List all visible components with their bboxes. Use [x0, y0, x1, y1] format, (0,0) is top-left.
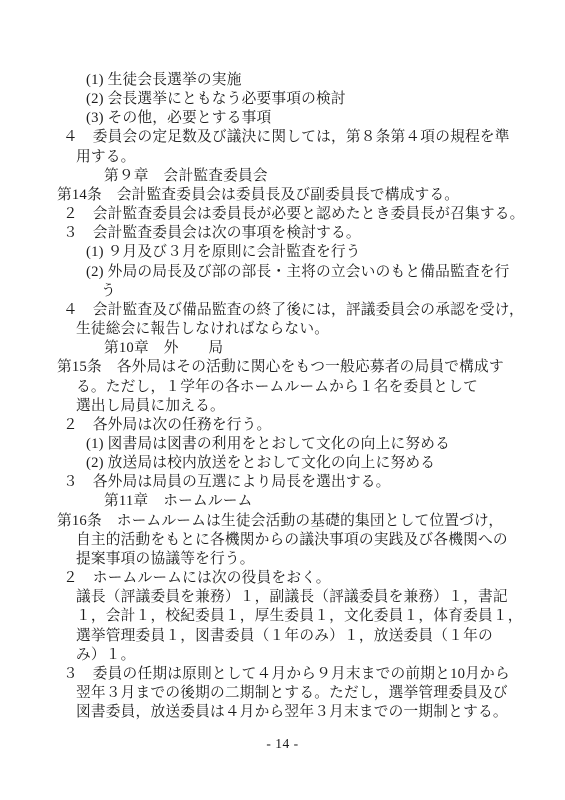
document-line: 第14条 会計監査委員会は委員長及び副委員長で構成する。	[55, 186, 535, 205]
document-line: 選挙管理委員１，図書委員（１年のみ）１，放送委員（１年の	[55, 627, 535, 646]
document-line: 第９章 会計監査委員会	[55, 167, 535, 186]
document-lines: (1) 生徒会長選挙の実施(2) 会長選挙にともなう必要事項の検討(3) その他…	[55, 71, 535, 722]
document-line: 自主的活動をもとに各機関からの議決事項の実践及び各機関への	[55, 531, 535, 550]
document-line: 議長（評議委員を兼務）１，副議長（評議委員を兼務）１，書記	[55, 588, 535, 607]
document-line: (2) 会長選挙にともなう必要事項の検討	[55, 90, 535, 109]
document-line: (2) 放送局は校内放送をとおして文化の向上に努める	[55, 454, 535, 473]
document-line: 用する。	[55, 148, 535, 167]
page-number: - 14 -	[0, 736, 565, 752]
document-line: ４ 会計監査及び備品監査の終了後には，評議委員会の承認を受け，	[55, 301, 535, 320]
document-line: み）１。	[55, 646, 535, 665]
document-line: (1) 生徒会長選挙の実施	[55, 71, 535, 90]
document-line: ３ 委員の任期は原則として４月から９月末までの前期と10月から	[55, 665, 535, 684]
document-line: る。ただし，１学年の各ホームルームから１名を委員として	[55, 378, 535, 397]
document-line: 第15条 各外局はその活動に関心をもつ一般応募者の局員で構成す	[55, 358, 535, 377]
document-line: １，会計１，校紀委員１，厚生委員１，文化委員１，体育委員１，	[55, 607, 535, 626]
document-line: 提案事項の協議等を行う。	[55, 550, 535, 569]
document-line: (1) ９月及び３月を原則に会計監査を行う	[55, 243, 535, 262]
document-line: ３ 会計監査委員会は次の事項を検討する。	[55, 224, 535, 243]
document-line: 生徒総会に報告しなければならない。	[55, 320, 535, 339]
document-page: (1) 生徒会長選挙の実施(2) 会長選挙にともなう必要事項の検討(3) その他…	[0, 0, 565, 800]
document-line: ２ ホームルームには次の役員をおく。	[55, 569, 535, 588]
document-line: (1) 図書局は図書の利用をとおして文化の向上に努める	[55, 435, 535, 454]
document-line: 第11章 ホームルーム	[55, 492, 535, 511]
document-line: う	[55, 282, 535, 301]
document-line: 選出し局員に加える。	[55, 397, 535, 416]
document-line: (3) その他，必要とする事項	[55, 109, 535, 128]
document-line: 翌年３月までの後期の二期制とする。ただし，選挙管理委員及び	[55, 684, 535, 703]
document-line: ２ 各外局は次の任務を行う。	[55, 416, 535, 435]
document-line: 第10章 外 局	[55, 339, 535, 358]
document-line: 図書委員，放送委員は４月から翌年３月末までの一期制とする。	[55, 703, 535, 722]
document-line: ２ 会計監査委員会は委員長が必要と認めたとき委員長が召集する。	[55, 205, 535, 224]
document-line: ４ 委員会の定足数及び議決に関しては，第８条第４項の規程を準	[55, 128, 535, 147]
document-line: (2) 外局の局長及び部の部長・主将の立会いのもと備品監査を行	[55, 263, 535, 282]
document-line: 第16条 ホームルームは生徒会活動の基礎的集団として位置づけ，	[55, 512, 535, 531]
document-line: ３ 各外局は局員の互選により局長を選出する。	[55, 473, 535, 492]
